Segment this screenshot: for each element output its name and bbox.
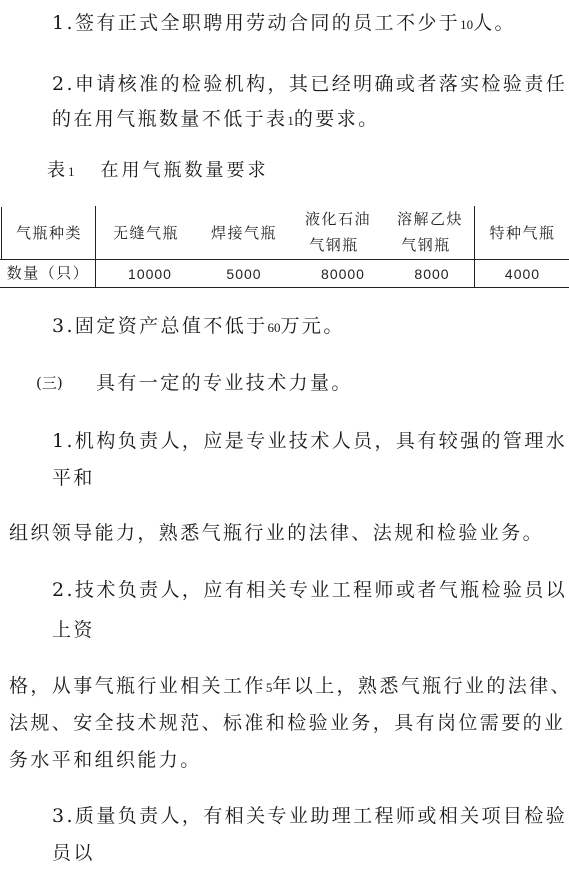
caption-label: 表 [47, 160, 68, 181]
requirement-text: 签有正式全职聘用劳动合同的员工不少于 [75, 12, 460, 34]
requirement-org-head-line2: 平和 [52, 467, 95, 489]
table-value-welded: 5000 [198, 261, 290, 287]
requirement-tech-head-line3: 格，从事气瓶行业相关工作5年以上，熟悉气瓶行业的法律、 [9, 675, 569, 699]
table-header-acetylene-line2: 气钢瓶 [384, 232, 468, 258]
staff-count-number: 10 [460, 17, 473, 32]
requirement-tech-head-line2: 上资 [52, 619, 95, 641]
table-header-cylinder-type: 气瓶种类 [4, 220, 94, 246]
requirement-cylinder-count-line1: 2.申请核准的检验机构，其已经明确或者落实检验责任 [52, 73, 567, 95]
table-row-label-quantity: 数量（只） [2, 260, 94, 286]
requirement-tech-head-line1: 2.技术负责人，应有相关专业工程师或者气瓶检验员以 [52, 579, 567, 601]
section-marker: (三) [36, 372, 63, 394]
requirement-fixed-assets: 3.固定资产总值不低于60万元。 [52, 315, 345, 339]
requirement-text: 3.固定资产总值不低于 [52, 315, 268, 337]
table-bottom-border [0, 287, 569, 288]
caption-number: 1 [68, 164, 75, 179]
table-value-special: 4000 [476, 261, 569, 287]
requirement-text: 的要求。 [294, 108, 380, 130]
requirement-quality-head-line2: 员以 [52, 842, 95, 864]
requirement-cylinder-count-line2: 的在用气瓶数量不低于表1的要求。 [52, 108, 380, 132]
table-value-lpg: 80000 [297, 261, 389, 287]
requirement-org-head-line3: 组织领导能力，熟悉气瓶行业的法律、法规和检验业务。 [9, 522, 544, 544]
requirement-staff-count: 1.签有正式全职聘用劳动合同的员工不少于10人。 [52, 12, 516, 36]
table-header-lpg-line2: 气钢瓶 [292, 232, 376, 258]
table-header-special: 特种气瓶 [476, 220, 569, 246]
requirement-text: 年以上，熟悉气瓶行业的法律、 [272, 675, 569, 697]
cylinder-quantity-table: 气瓶种类 无缝气瓶 焊接气瓶 液化石油 气钢瓶 溶解乙炔 气钢瓶 特种气瓶 数量… [0, 206, 569, 288]
requirement-org-head-line1: 1.机构负责人，应是专业技术人员，具有较强的管理水 [52, 430, 567, 452]
table-border-left [1, 207, 2, 260]
requirement-tech-head-line4: 法规、安全技术规范、标准和检验业务，具有岗位需要的业 [9, 712, 565, 734]
requirement-text: 格，从事气瓶行业相关工作 [9, 675, 266, 697]
requirement-text: 万元。 [281, 315, 345, 337]
caption-title: 在用气瓶数量要求 [101, 160, 269, 181]
fixed-assets-number: 60 [268, 320, 281, 335]
table-caption: 表1在用气瓶数量要求 [47, 160, 269, 183]
table-divider-col1 [95, 206, 96, 288]
requirement-tech-head-line5: 务水平和组织能力。 [9, 749, 202, 771]
table-header-lpg-line1: 液化石油 [292, 206, 384, 232]
table-header-seamless: 无缝气瓶 [100, 220, 192, 246]
requirement-text: 1. [52, 12, 75, 34]
section-heading: 具有一定的专业技术力量。 [96, 372, 353, 394]
table-header-welded: 焊接气瓶 [198, 220, 290, 246]
requirement-text: 人。 [473, 12, 516, 34]
table-header-acetylene-line1: 溶解乙炔 [384, 206, 476, 232]
table-value-seamless: 10000 [104, 261, 196, 287]
requirement-quality-head-line1: 3.质量负责人，有相关专业助理工程师或相关项目检验 [52, 805, 567, 827]
table-value-acetylene: 8000 [386, 261, 478, 287]
requirement-text: 的在用气瓶数量不低于表 [52, 108, 287, 130]
